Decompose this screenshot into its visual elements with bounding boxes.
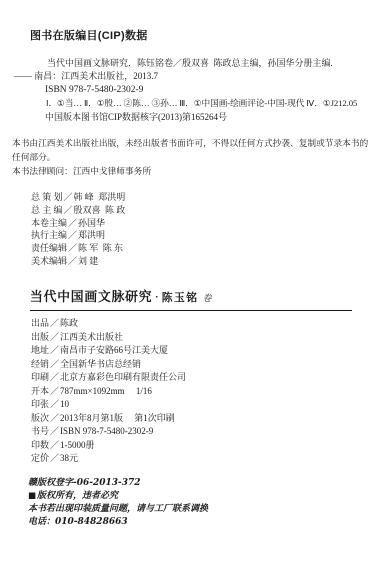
pub-row-printing: 印刷／北京方嘉彩色印刷有限责任公司: [31, 371, 186, 385]
pub-value: 38元: [60, 453, 78, 463]
credit-label: 责任编辑: [31, 243, 67, 253]
slash-separator: ／: [63, 205, 74, 215]
pub-label: 书号: [31, 426, 49, 436]
rights-reserved-text: 版权所有，违者必究: [37, 491, 118, 501]
slash-separator: ／: [49, 453, 60, 463]
pub-label: 出品: [31, 318, 49, 328]
credit-value: 孙国华: [78, 218, 105, 228]
pub-value: ISBN 978-7-5480-2302-9: [60, 426, 153, 436]
cip-record-registration-line: 中国版本图书馆CIP数据核字(2013)第165264号: [45, 111, 375, 124]
slash-separator: ／: [49, 399, 60, 409]
credit-label: 总 主 编: [31, 205, 63, 215]
pub-row-isbn: 书号／ISBN 978-7-5480-2302-9: [31, 425, 186, 439]
pub-value: 2013年8月第1版 第1次印刷: [60, 413, 175, 423]
pub-value: 北京方嘉彩色印刷有限责任公司: [60, 372, 186, 382]
quality-notice-line: 本书若出现印装质量问题，请与工厂联系调换: [28, 503, 208, 516]
slash-separator: ／: [49, 372, 60, 382]
book-title-line: 当代中国画文脉研究·陈玉铭卷: [30, 286, 352, 306]
title-dot-separator: ·: [155, 292, 158, 303]
cip-record-publisher-line: —— 南昌：江西美术出版社，2013.7: [14, 70, 375, 83]
credit-label: 本卷主编: [31, 218, 67, 228]
credit-value: 韩 峰 郑洪明: [74, 192, 126, 202]
slash-separator: ／: [49, 332, 60, 342]
copyright-notice-text: 本书由江西美术出版社出版，未经出版者书面许可，不得以任何方式抄袭、复制或节录本书…: [12, 136, 369, 164]
book-title: 当代中国画文脉研究: [30, 289, 152, 304]
slash-separator: ／: [63, 192, 74, 202]
legal-advisor-line: 本书法律顾问：江西中戈律师事务所: [12, 164, 369, 178]
header-rule: [30, 310, 352, 311]
pub-row-print-run: 印数／1-5000册: [31, 439, 186, 453]
slash-separator: ／: [49, 386, 60, 396]
rights-reserved-line: ■版权所有，违者必究: [28, 490, 208, 503]
credit-row-chief-planner: 总 策 划／韩 峰 郑洪明: [31, 191, 125, 204]
pub-row-publisher: 出版／江西美术出版社: [31, 331, 186, 345]
book-copyright-page: 图书在版编目(CIP)数据 当代中国画文脉研究．陈钰铭卷／殷双喜 陈政总主编，孙…: [0, 0, 375, 565]
credit-row-art-editor: 美术编辑／刘 建: [31, 255, 125, 268]
credit-row-chief-editor: 总 主 编／殷双喜 陈 政: [31, 204, 125, 217]
pub-value: 陈政: [60, 318, 78, 328]
black-square-icon: ■: [28, 491, 36, 501]
cip-heading: 图书在版编目(CIP)数据: [30, 27, 148, 43]
pub-row-sheets: 印张／10: [31, 398, 186, 412]
slash-separator: ／: [49, 413, 60, 423]
pub-label: 印数: [31, 440, 49, 450]
slash-separator: ／: [49, 345, 60, 355]
pub-value: 1-5000册: [60, 440, 95, 450]
credit-value: 陈 军 陈 东: [78, 243, 123, 253]
credit-row-volume-editor: 本卷主编／孙国华: [31, 217, 125, 230]
slash-separator: ／: [49, 426, 60, 436]
volume-author: 陈玉铭: [162, 292, 199, 304]
copyright-notice: 本书由江西美术出版社出版，未经出版者书面许可，不得以任何方式抄袭、复制或节录本书…: [12, 136, 369, 179]
pub-row-price: 定价／38元: [31, 452, 186, 466]
credit-label: 总 策 划: [31, 192, 63, 202]
book-header: 当代中国画文脉研究·陈玉铭卷: [30, 286, 352, 311]
volume-suffix: 卷: [203, 293, 212, 303]
cip-record: 当代中国画文脉研究．陈钰铭卷／殷双喜 陈政总主编，孙国华分册主编. —— 南昌：…: [0, 57, 375, 124]
pub-label: 印刷: [31, 372, 49, 382]
footer-section: 赣版权登字-06-2013-372 ■版权所有，违者必究 本书若出现印装质量问题…: [28, 477, 208, 529]
credit-label: 美术编辑: [31, 256, 67, 266]
credit-row-executive-editor: 执行主编／郑洪明: [31, 229, 125, 242]
credit-value: 殷双喜 陈 政: [74, 205, 126, 215]
pub-row-address: 地址／南昌市子安路66号江美大厦: [31, 344, 186, 358]
publication-info: 出品／陈政 出版／江西美术出版社 地址／南昌市子安路66号江美大厦 经销／全国新…: [31, 317, 186, 466]
slash-separator: ／: [67, 230, 78, 240]
pub-value: 全国新华书店总经销: [60, 359, 141, 369]
cip-record-title-line: 当代中国画文脉研究．陈钰铭卷／殷双喜 陈政总主编，孙国华分册主编.: [47, 57, 375, 70]
pub-label: 版次: [31, 413, 49, 423]
cip-record-isbn-line: ISBN 978-7-5480-2302-9: [45, 84, 375, 97]
credits-section: 总 策 划／韩 峰 郑洪明 总 主 编／殷双喜 陈 政 本卷主编／孙国华 执行主…: [31, 191, 125, 268]
cip-record-classification-line: Ⅰ．①当… Ⅱ．①殷… ②陈… ③孙… Ⅲ．①中国画-绘画评论-中国-现代 Ⅳ．…: [46, 97, 375, 110]
pub-row-edition: 版次／2013年8月第1版 第1次印刷: [31, 412, 186, 426]
pub-value: 南昌市子安路66号江美大厦: [60, 345, 168, 355]
pub-label: 地址: [31, 345, 49, 355]
slash-separator: ／: [67, 256, 78, 266]
credit-value: 郑洪明: [78, 230, 105, 240]
pub-label: 经销: [31, 359, 49, 369]
slash-separator: ／: [67, 243, 78, 253]
credit-label: 执行主编: [31, 230, 67, 240]
slash-separator: ／: [49, 440, 60, 450]
credit-value: 刘 建: [78, 256, 98, 266]
pub-value: 江西美术出版社: [60, 332, 123, 342]
pub-label: 开本: [31, 386, 49, 396]
pub-label: 出版: [31, 332, 49, 342]
pub-label: 定价: [31, 453, 49, 463]
pub-row-format: 开本／787mm×1092mm 1/16: [31, 385, 186, 399]
pub-row-distribution: 经销／全国新华书店总经销: [31, 358, 186, 372]
slash-separator: ／: [49, 318, 60, 328]
phone-line: 电话：010-84828663: [28, 516, 208, 529]
slash-separator: ／: [67, 218, 78, 228]
slash-separator: ／: [49, 359, 60, 369]
pub-row-producer: 出品／陈政: [31, 317, 186, 331]
pub-value: 787mm×1092mm 1/16: [60, 386, 152, 396]
pub-value: 10: [60, 399, 69, 409]
credit-row-responsible-editor: 责任编辑／陈 军 陈 东: [31, 242, 125, 255]
registration-number: 赣版权登字-06-2013-372: [28, 477, 208, 490]
pub-label: 印张: [31, 399, 49, 409]
